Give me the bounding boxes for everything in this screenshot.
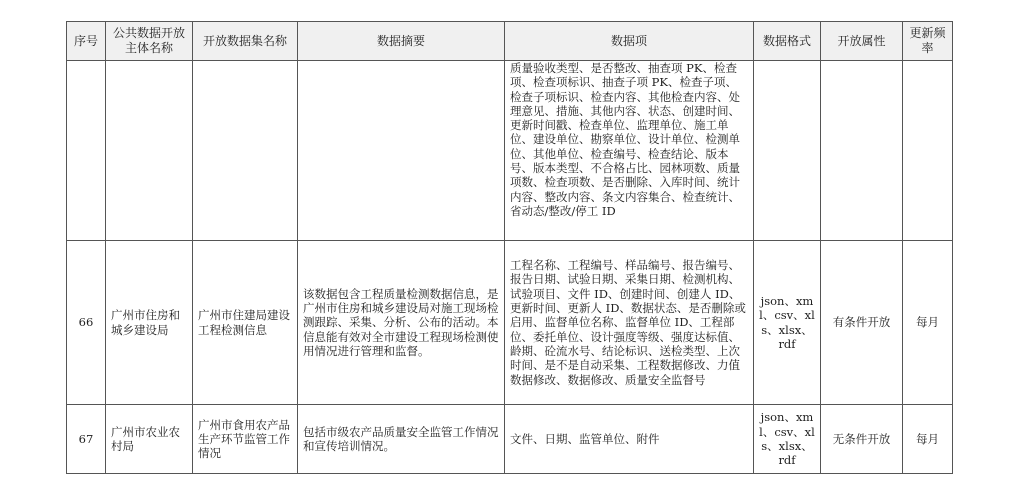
- cell-open-attr: 无条件开放: [821, 405, 903, 474]
- cell-frequency: [903, 61, 953, 241]
- cell-format: [754, 61, 821, 241]
- cell-dataset-name: 广州市食用农产品生产环节监管工作情况: [193, 405, 298, 474]
- table-row: 66 广州市住房和城乡建设局 广州市住建局建设工程检测信息 该数据包含工程质量检…: [67, 241, 953, 405]
- cell-format: json、xml、csv、xls、xlsx、rdf: [754, 405, 821, 474]
- header-frequency: 更新频率: [903, 22, 953, 61]
- cell-format: json、xml、csv、xls、xlsx、rdf: [754, 241, 821, 405]
- cell-publisher: [106, 61, 193, 241]
- cell-open-attr: [821, 61, 903, 241]
- cell-items: 文件、日期、监管单位、附件: [505, 405, 754, 474]
- header-format: 数据格式: [754, 22, 821, 61]
- cell-summary: 包括市级农产品质量安全监管工作情况和宣传培训情况。: [298, 405, 505, 474]
- cell-frequency: 每月: [903, 405, 953, 474]
- cell-items: 质量验收类型、是否整改、抽查项 PK、检查项、检查项标识、抽查子项 PK、检查子…: [505, 61, 754, 241]
- cell-no: 67: [67, 405, 106, 474]
- table-row: 质量验收类型、是否整改、抽查项 PK、检查项、检查项标识、抽查子项 PK、检查子…: [67, 61, 953, 241]
- cell-frequency: 每月: [903, 241, 953, 405]
- table-header-row: 序号 公共数据开放主体名称 开放数据集名称 数据摘要 数据项 数据格式 开放属性…: [67, 22, 953, 61]
- header-dataset-name: 开放数据集名称: [193, 22, 298, 61]
- cell-no: [67, 61, 106, 241]
- cell-publisher: 广州市住房和城乡建设局: [106, 241, 193, 405]
- header-summary: 数据摘要: [298, 22, 505, 61]
- cell-items: 工程名称、工程编号、样品编号、报告编号、报告日期、试验日期、采集日期、检测机构、…: [505, 241, 754, 405]
- header-open-attr: 开放属性: [821, 22, 903, 61]
- cell-open-attr: 有条件开放: [821, 241, 903, 405]
- header-publisher: 公共数据开放主体名称: [106, 22, 193, 61]
- cell-summary: 该数据包含工程质量检测数据信息，是广州市住房和城乡建设局对施工现场检测跟踪、采集…: [298, 241, 505, 405]
- cell-summary: [298, 61, 505, 241]
- open-data-catalog-table: 序号 公共数据开放主体名称 开放数据集名称 数据摘要 数据项 数据格式 开放属性…: [66, 21, 953, 474]
- header-no: 序号: [67, 22, 106, 61]
- cell-no: 66: [67, 241, 106, 405]
- cell-dataset-name: [193, 61, 298, 241]
- cell-dataset-name: 广州市住建局建设工程检测信息: [193, 241, 298, 405]
- table-row: 67 广州市农业农村局 广州市食用农产品生产环节监管工作情况 包括市级农产品质量…: [67, 405, 953, 474]
- header-items: 数据项: [505, 22, 754, 61]
- cell-publisher: 广州市农业农村局: [106, 405, 193, 474]
